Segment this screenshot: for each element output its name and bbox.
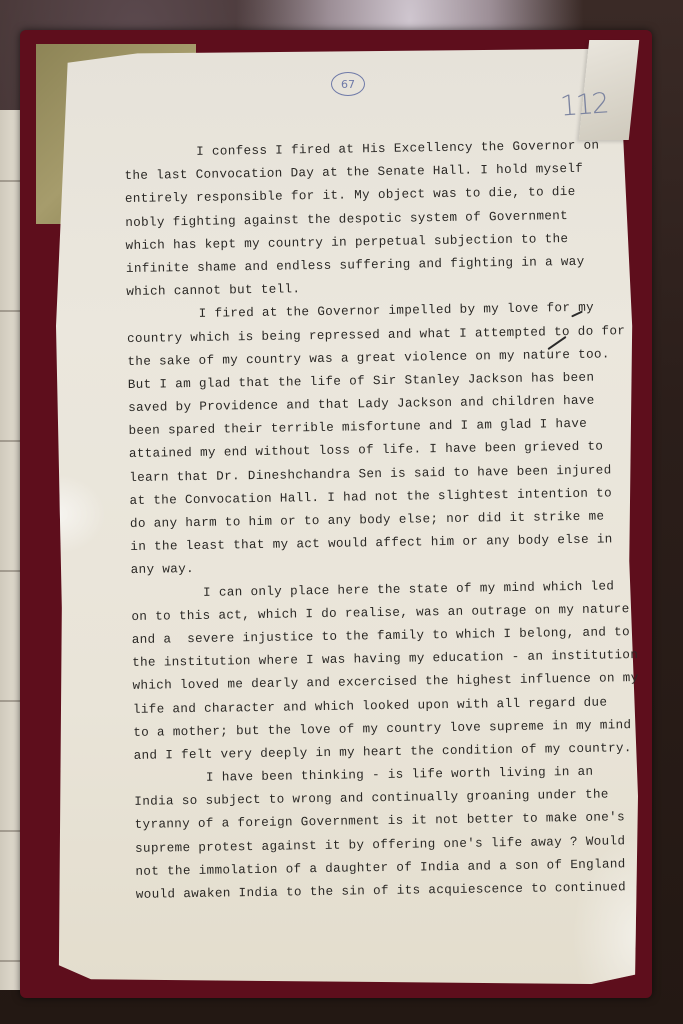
- circled-folio-number: 67: [331, 72, 365, 96]
- statement-text: I confess I fired at His Excellency the …: [124, 134, 626, 907]
- pencil-page-number: 112: [559, 86, 609, 122]
